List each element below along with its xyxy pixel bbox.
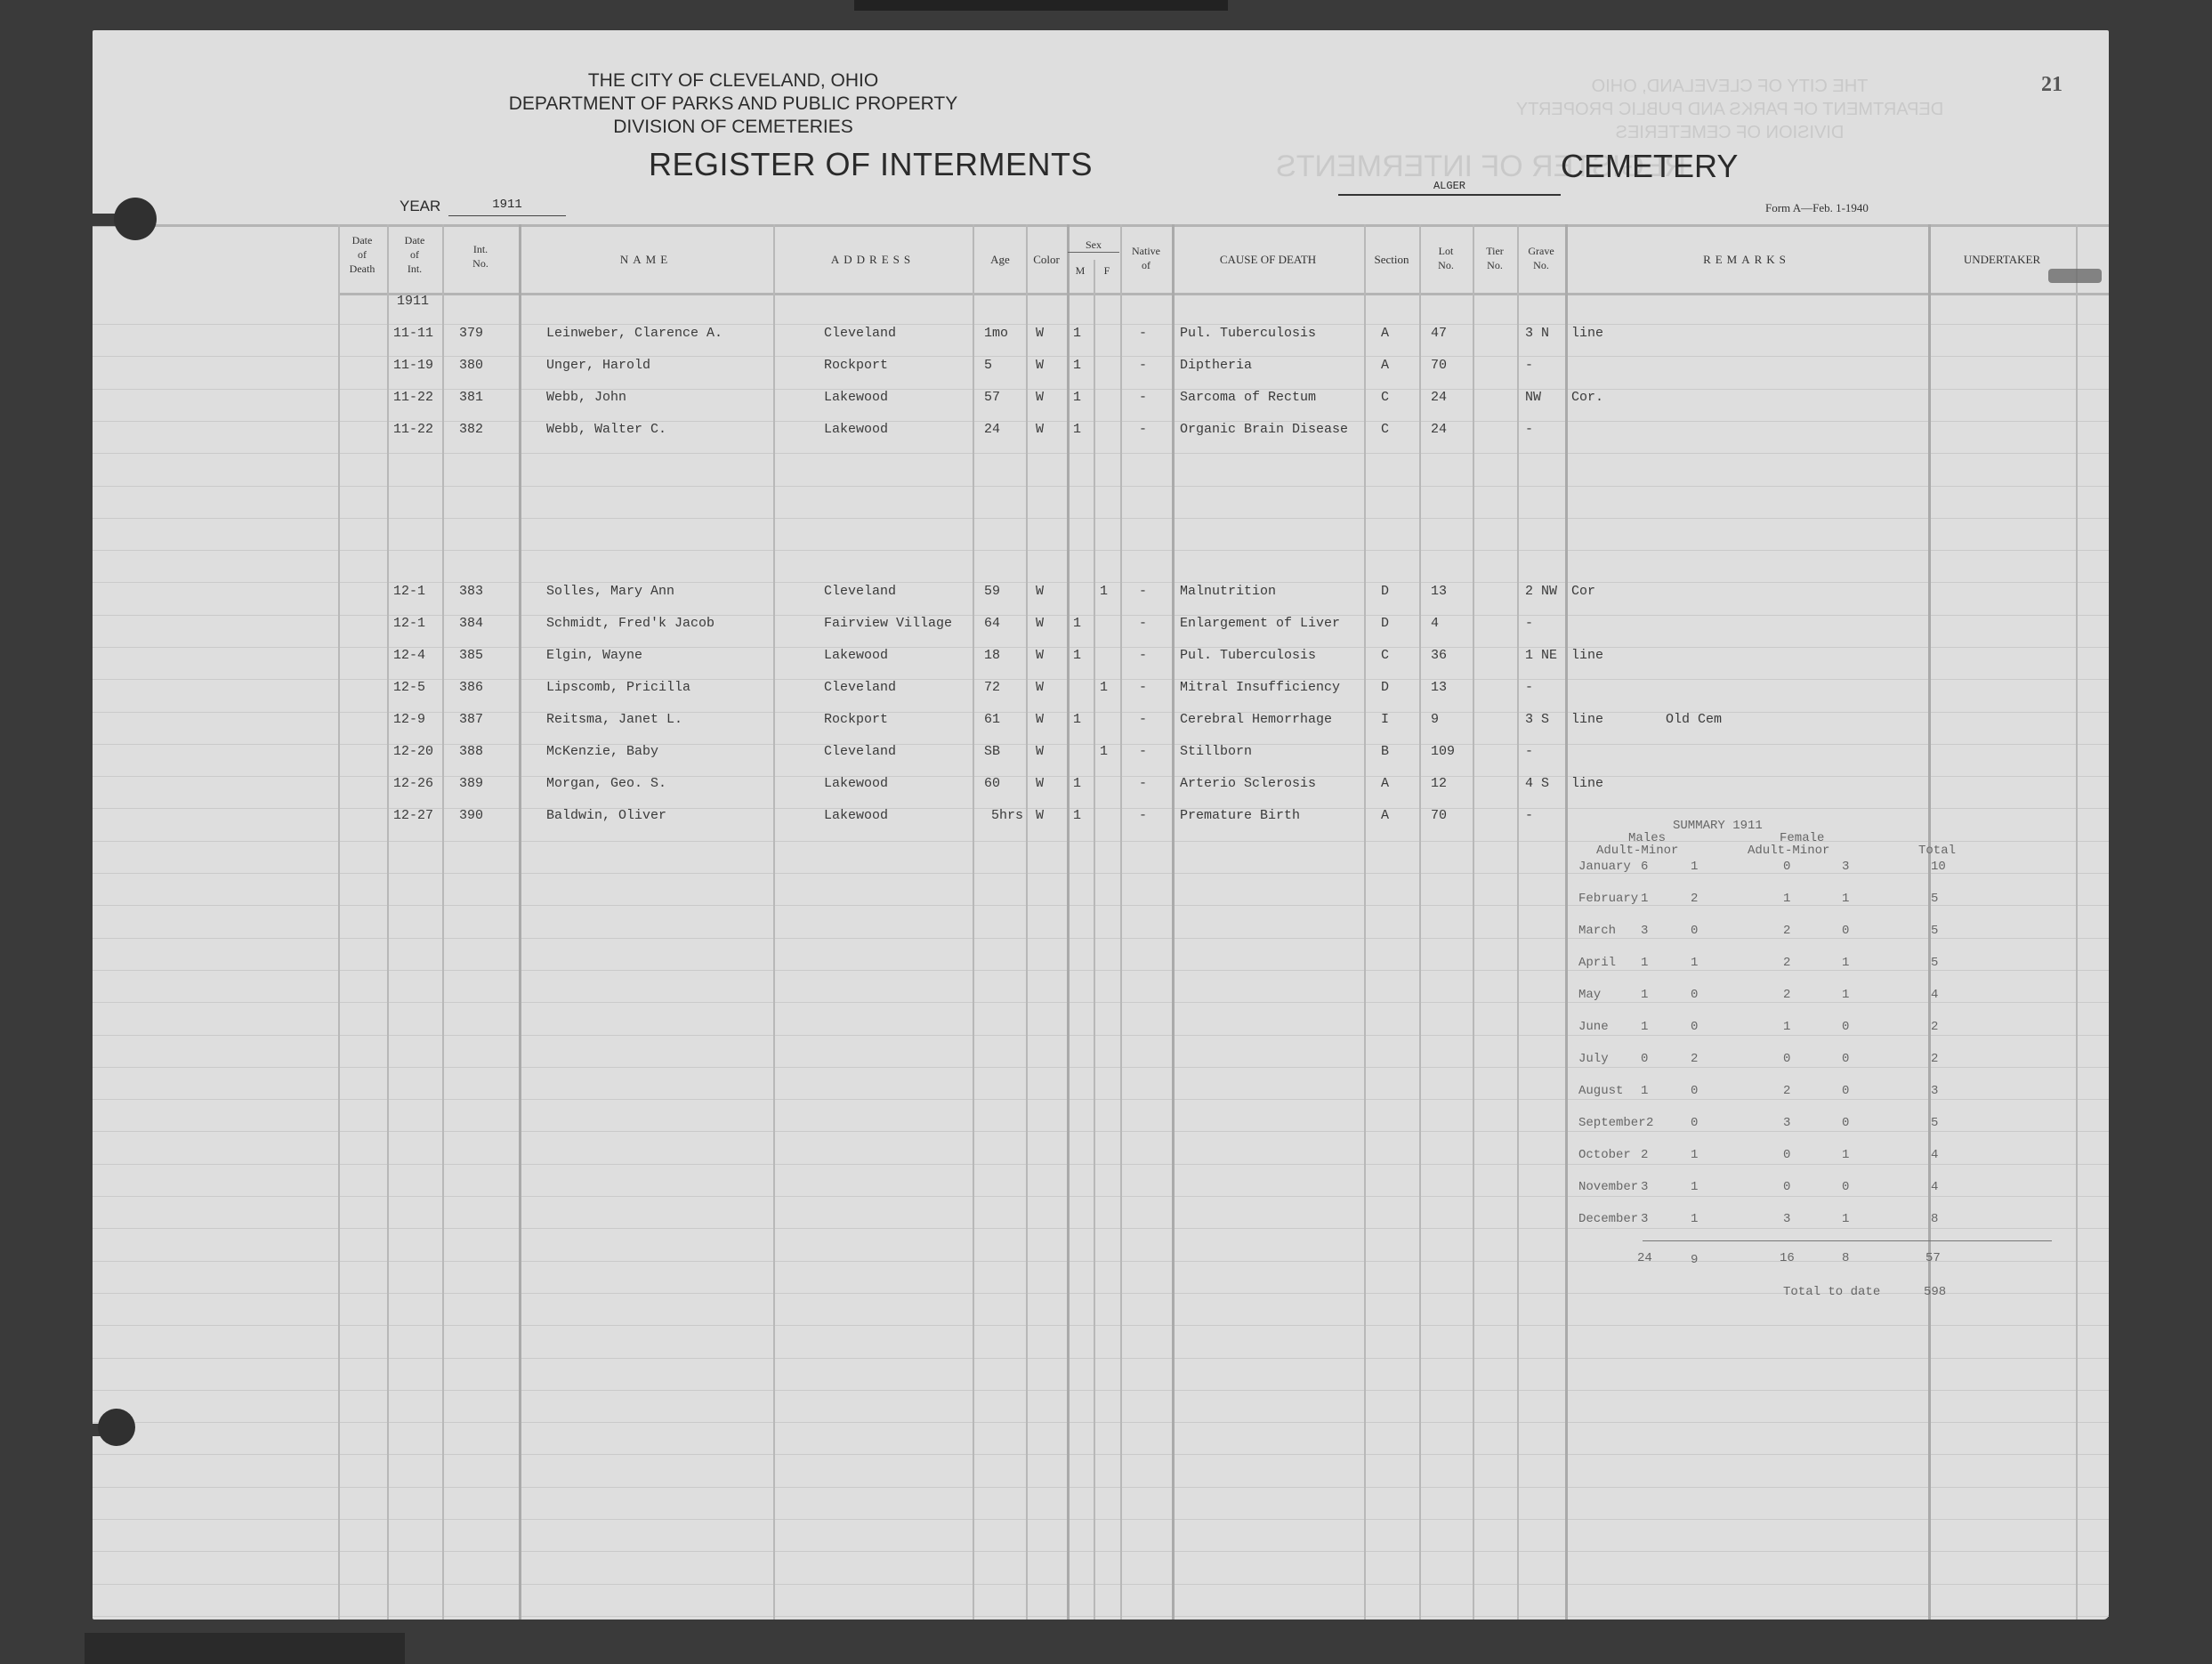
summary-female-minor: 0 <box>1842 1116 1849 1130</box>
ruled-line <box>93 1131 2109 1132</box>
cell-int-no: 379 <box>459 326 483 341</box>
summary-male-minor: 0 <box>1691 988 1698 1002</box>
ruled-line <box>93 518 2109 519</box>
cell-grave-no: 3 N <box>1525 326 1549 341</box>
ruled-line <box>93 1519 2109 1520</box>
ruled-line <box>93 486 2109 487</box>
column-line <box>1172 224 1175 1620</box>
cell-date-of-int: 12-20 <box>393 744 433 759</box>
summary-month: September <box>1578 1116 1646 1130</box>
summary-male-minor: 1 <box>1691 860 1698 874</box>
ruled-line <box>93 938 2109 939</box>
cell-sex-f: 1 <box>1100 744 1108 759</box>
cell-address: Cleveland <box>824 680 896 695</box>
ruled-line <box>93 1035 2109 1036</box>
cell-date-of-int: 12-1 <box>393 616 425 631</box>
cell-section: C <box>1381 390 1389 405</box>
summary-total: 4 <box>1931 1180 1938 1194</box>
ruled-line <box>93 1454 2109 1455</box>
header-city: THE CITY OF CLEVELAND, OHIO <box>386 69 1080 93</box>
cell-section: C <box>1381 422 1389 437</box>
cell-lot-no: 13 <box>1431 680 1447 695</box>
cell-address: Lakewood <box>824 776 888 791</box>
header-division: DIVISION OF CEMETERIES <box>386 116 1080 139</box>
year-field: 1911 <box>448 198 566 216</box>
summary-total: 4 <box>1931 1148 1938 1162</box>
cell-lot-no: 109 <box>1431 744 1455 759</box>
register-page: THE CITY OF CLEVELAND, OHIO DEPARTMENT O… <box>93 30 2109 1620</box>
summary-female-minor: 0 <box>1842 1180 1849 1194</box>
summary-male-adult: 2 <box>1641 1148 1648 1162</box>
column-line <box>519 224 521 1620</box>
summary-female-minor: 3 <box>1842 860 1849 874</box>
cell-native-of: - <box>1139 422 1147 437</box>
table-top-rule <box>93 224 2109 227</box>
column-line <box>2076 224 2078 1620</box>
column-line <box>773 224 775 1620</box>
cell-int-no: 381 <box>459 390 483 405</box>
summary-male-minor: 0 <box>1691 1116 1698 1130</box>
cell-section: D <box>1381 680 1389 695</box>
cell-age: SB <box>984 744 1000 759</box>
cell-age: 60 <box>984 776 1000 791</box>
scanner-edge-top <box>854 0 1228 11</box>
cell-date-of-int: 12-4 <box>393 648 425 663</box>
cell-color: W <box>1036 584 1044 599</box>
summary-month: February <box>1578 892 1638 906</box>
cell-remarks: Cor <box>1571 584 1595 599</box>
cell-name: Solles, Mary Ann <box>546 584 674 599</box>
ruled-line <box>93 550 2109 551</box>
cell-color: W <box>1036 712 1044 727</box>
summary-grand-total: 57 <box>1925 1251 1941 1265</box>
cell-native-of: - <box>1139 326 1147 341</box>
cell-native-of: - <box>1139 616 1147 631</box>
cell-name: Morgan, Geo. S. <box>546 776 666 791</box>
cell-sex-m: 1 <box>1073 422 1081 437</box>
summary-male-minor: 1 <box>1691 1212 1698 1226</box>
summary-title: SUMMARY 1911 <box>1673 819 1763 833</box>
cell-cause: Arterio Sclerosis <box>1180 776 1316 791</box>
cell-date-of-int: 11-11 <box>393 326 433 341</box>
summary-month: August <box>1578 1084 1623 1098</box>
col-address: ADDRESS <box>774 253 972 267</box>
summary-female-adult: 2 <box>1783 1084 1790 1098</box>
cell-cause: Organic Brain Disease <box>1180 422 1348 437</box>
ruled-line <box>93 1325 2109 1326</box>
cell-grave-no: NW <box>1525 390 1541 405</box>
cell-sex-m: 1 <box>1073 808 1081 823</box>
cell-grave-no: - <box>1525 808 1533 823</box>
summary-female-minor: 1 <box>1842 1148 1849 1162</box>
summary-male-minor: 1 <box>1691 1180 1698 1194</box>
cell-sex-m: 1 <box>1073 712 1081 727</box>
cell-grave-no: 2 NW <box>1525 584 1557 599</box>
cell-color: W <box>1036 390 1044 405</box>
summary-male-adult: 1 <box>1641 892 1648 906</box>
summary-sum-female-minor: 8 <box>1842 1251 1849 1265</box>
cell-section: A <box>1381 808 1389 823</box>
col-section: Section <box>1365 253 1418 267</box>
summary-male-minor: 0 <box>1691 924 1698 938</box>
col-date-of-int: DateofInt. <box>388 233 441 276</box>
cell-color: W <box>1036 744 1044 759</box>
page-title: REGISTER OF INTERMENTS <box>649 146 1093 183</box>
cell-date-of-int: 11-19 <box>393 358 433 373</box>
cell-native-of: - <box>1139 680 1147 695</box>
ink-smudge <box>2048 269 2102 283</box>
cell-color: W <box>1036 648 1044 663</box>
summary-total: 5 <box>1931 924 1938 938</box>
cell-name: Leinweber, Clarence A. <box>546 326 723 341</box>
cell-cause: Stillborn <box>1180 744 1252 759</box>
cell-color: W <box>1036 422 1044 437</box>
col-color: Color <box>1027 253 1066 267</box>
column-line <box>338 224 340 1620</box>
col-sex: Sex <box>1068 238 1119 253</box>
summary-month: December <box>1578 1212 1638 1226</box>
cell-grave-no: - <box>1525 744 1533 759</box>
summary-male-adult: 1 <box>1641 1084 1648 1098</box>
cell-color: W <box>1036 808 1044 823</box>
cell-native-of: - <box>1139 390 1147 405</box>
summary-adult-minor-label: Adult-Minor <box>1596 844 1678 858</box>
ruled-line <box>93 1422 2109 1423</box>
ruled-line <box>93 324 2109 325</box>
cell-int-no: 390 <box>459 808 483 823</box>
column-line <box>1419 224 1421 1620</box>
ruled-line <box>93 905 2109 906</box>
col-remarks: REMARKS <box>1566 253 1927 267</box>
column-line <box>1565 224 1568 1620</box>
summary-male-minor: 0 <box>1691 1084 1698 1098</box>
summary-total: 5 <box>1931 1116 1938 1130</box>
cell-section: A <box>1381 358 1389 373</box>
cell-address: Rockport <box>824 712 888 727</box>
cell-name: McKenzie, Baby <box>546 744 658 759</box>
summary-month: June <box>1578 1020 1609 1034</box>
summary-female-adult: 2 <box>1783 924 1790 938</box>
cell-section: D <box>1381 616 1389 631</box>
header-department: DEPARTMENT OF PARKS AND PUBLIC PROPERTY <box>386 93 1080 116</box>
summary-male-adult: 6 <box>1641 860 1648 874</box>
ruled-line <box>93 1067 2109 1068</box>
col-cause-of-death: CAUSE OF DEATH <box>1173 253 1363 267</box>
cell-grave-no: - <box>1525 422 1533 437</box>
summary-month: October <box>1578 1148 1631 1162</box>
summary-male-adult: 3 <box>1641 924 1648 938</box>
summary-male-minor: 2 <box>1691 1052 1698 1066</box>
summary-female-minor: 1 <box>1842 956 1849 970</box>
cell-date-of-int: 12-27 <box>393 808 433 823</box>
col-sex-f: F <box>1094 263 1119 278</box>
cell-native-of: - <box>1139 358 1147 373</box>
cell-int-no: 380 <box>459 358 483 373</box>
cell-sex-m: 1 <box>1073 776 1081 791</box>
summary-male-adult: 1 <box>1641 988 1648 1002</box>
col-date-of-death: DateofDeath <box>338 233 386 276</box>
cell-age: 57 <box>984 390 1000 405</box>
summary-female-minor: 0 <box>1842 1084 1849 1098</box>
cell-grave-no: - <box>1525 680 1533 695</box>
cell-name: Webb, Walter C. <box>546 422 666 437</box>
ruled-line <box>93 1099 2109 1100</box>
cell-cause: Premature Birth <box>1180 808 1300 823</box>
cell-native-of: - <box>1139 584 1147 599</box>
column-line <box>1473 224 1474 1620</box>
ruled-line <box>93 1002 2109 1003</box>
cell-cause: Cerebral Hemorrhage <box>1180 712 1332 727</box>
cell-int-no: 386 <box>459 680 483 695</box>
summary-male-adult: 3 <box>1641 1180 1648 1194</box>
column-line <box>1928 224 1931 1620</box>
ruled-line <box>93 453 2109 454</box>
column-line <box>387 224 389 1620</box>
summary-female-minor: 0 <box>1842 1020 1849 1034</box>
summary-female-adult: 0 <box>1783 860 1790 874</box>
cell-section: A <box>1381 326 1389 341</box>
cell-lot-no: 70 <box>1431 358 1447 373</box>
cell-native-of: - <box>1139 776 1147 791</box>
ruled-line <box>93 356 2109 357</box>
cell-cause: Mitral Insufficiency <box>1180 680 1340 695</box>
summary-female-adult: 1 <box>1783 1020 1790 1034</box>
header-block: THE CITY OF CLEVELAND, OHIO DEPARTMENT O… <box>386 69 1080 139</box>
cell-name: Webb, John <box>546 390 626 405</box>
ruled-line <box>93 970 2109 971</box>
cell-int-no: 382 <box>459 422 483 437</box>
summary-total-label: Total <box>1918 844 1956 858</box>
cell-sex-m: 1 <box>1073 326 1081 341</box>
summary-male-adult: 3 <box>1641 1212 1648 1226</box>
ruled-line <box>93 1487 2109 1488</box>
cell-address: Cleveland <box>824 326 896 341</box>
bleed-through-text: THE CITY OF CLEVELAND, OHIO DEPARTMENT O… <box>1481 75 1979 144</box>
summary-total: 10 <box>1931 860 1946 874</box>
cell-name: Elgin, Wayne <box>546 648 642 663</box>
cell-native-of: - <box>1139 648 1147 663</box>
cemetery-label: CEMETERY <box>1561 148 1738 185</box>
summary-male-adult: 2 <box>1646 1116 1653 1130</box>
cell-lot-no: 4 <box>1431 616 1439 631</box>
cell-sex-f: 1 <box>1100 584 1108 599</box>
cell-int-no: 388 <box>459 744 483 759</box>
cell-cause: Pul. Tuberculosis <box>1180 648 1316 663</box>
cell-lot-no: 47 <box>1431 326 1447 341</box>
cell-lot-no: 24 <box>1431 390 1447 405</box>
cell-sex-f: 1 <box>1100 680 1108 695</box>
column-line <box>1517 224 1519 1620</box>
cell-address: Lakewood <box>824 422 888 437</box>
column-line <box>442 224 444 1620</box>
summary-female-adult: 2 <box>1783 988 1790 1002</box>
cell-native-of: - <box>1139 712 1147 727</box>
summary-total: 3 <box>1931 1084 1938 1098</box>
summary-female-minor: 1 <box>1842 1212 1849 1226</box>
cell-sex-m: 1 <box>1073 616 1081 631</box>
cell-age: 5hrs <box>991 808 1023 823</box>
summary-male-minor: 0 <box>1691 1020 1698 1034</box>
summary-sum-male-minor: 9 <box>1691 1253 1698 1267</box>
cell-color: W <box>1036 776 1044 791</box>
col-name: NAME <box>520 253 772 267</box>
cell-age: 1mo <box>984 326 1008 341</box>
cell-lot-no: 12 <box>1431 776 1447 791</box>
summary-male-adult: 1 <box>1641 1020 1648 1034</box>
ruled-line <box>93 1358 2109 1359</box>
summary-female-adult: 0 <box>1783 1180 1790 1194</box>
column-line <box>1026 224 1028 1620</box>
summary-month: April <box>1578 956 1616 970</box>
cell-lot-no: 13 <box>1431 584 1447 599</box>
column-line <box>1120 224 1122 1620</box>
col-grave-no: GraveNo. <box>1518 244 1564 272</box>
summary-sum-male-adult: 24 <box>1637 1251 1652 1265</box>
cell-section: I <box>1381 712 1389 727</box>
cell-section: B <box>1381 744 1389 759</box>
cell-cause: Sarcoma of Rectum <box>1180 390 1316 405</box>
cell-int-no: 387 <box>459 712 483 727</box>
year-row-value: 1911 <box>397 294 429 309</box>
summary-total: 8 <box>1931 1212 1938 1226</box>
column-line <box>1094 260 1095 1620</box>
binder-hole-top <box>114 198 157 240</box>
summary-total: 2 <box>1931 1052 1938 1066</box>
cell-age: 64 <box>984 616 1000 631</box>
cell-native-of: - <box>1139 744 1147 759</box>
col-int-no: Int.No. <box>443 242 518 271</box>
cell-address: Cleveland <box>824 584 896 599</box>
ruled-line <box>93 873 2109 874</box>
col-undertaker: UNDERTAKER <box>1929 253 2075 267</box>
cell-name: Lipscomb, Pricilla <box>546 680 690 695</box>
ruled-line <box>93 1551 2109 1552</box>
cell-color: W <box>1036 680 1044 695</box>
summary-month: January <box>1578 860 1631 874</box>
summary-total-to-date-label: Total to date <box>1783 1285 1880 1299</box>
cell-remarks-extra: Old Cem <box>1666 712 1722 727</box>
summary-male-adult: 1 <box>1641 956 1648 970</box>
cell-age: 61 <box>984 712 1000 727</box>
cell-age: 18 <box>984 648 1000 663</box>
summary-female-adult: 3 <box>1783 1116 1790 1130</box>
cell-lot-no: 24 <box>1431 422 1447 437</box>
cell-remarks: line <box>1571 776 1603 791</box>
cell-date-of-int: 11-22 <box>393 422 433 437</box>
cell-sex-m: 1 <box>1073 358 1081 373</box>
summary-female-adult: 0 <box>1783 1148 1790 1162</box>
cell-grave-no: - <box>1525 616 1533 631</box>
cell-remarks: Cor. <box>1571 390 1603 405</box>
cell-name: Schmidt, Fred'k Jacob <box>546 616 714 631</box>
cell-date-of-int: 12-9 <box>393 712 425 727</box>
cell-color: W <box>1036 358 1044 373</box>
cell-age: 59 <box>984 584 1000 599</box>
summary-female-minor: 1 <box>1842 988 1849 1002</box>
cell-remarks: line <box>1571 326 1603 341</box>
summary-male-minor: 1 <box>1691 956 1698 970</box>
cell-remarks: line <box>1571 648 1603 663</box>
cell-date-of-int: 12-1 <box>393 584 425 599</box>
cell-date-of-int: 11-22 <box>393 390 433 405</box>
cell-grave-no: 3 S <box>1525 712 1549 727</box>
cell-address: Rockport <box>824 358 888 373</box>
cell-lot-no: 70 <box>1431 808 1447 823</box>
cell-sex-m: 1 <box>1073 390 1081 405</box>
cell-address: Lakewood <box>824 808 888 823</box>
summary-total-to-date: 598 <box>1924 1285 1946 1299</box>
cell-section: D <box>1381 584 1389 599</box>
ruled-line <box>93 1616 2109 1617</box>
cell-int-no: 389 <box>459 776 483 791</box>
binder-hole-bottom <box>98 1409 135 1446</box>
cell-int-no: 384 <box>459 616 483 631</box>
summary-male-adult: 0 <box>1641 1052 1648 1066</box>
cell-native-of: - <box>1139 808 1147 823</box>
summary-female-adult: 3 <box>1783 1212 1790 1226</box>
summary-adult-minor-label: Adult-Minor <box>1748 844 1829 858</box>
cell-address: Fairview Village <box>824 616 952 631</box>
column-line <box>973 224 974 1620</box>
col-sex-m: M <box>1068 263 1093 278</box>
cell-color: W <box>1036 616 1044 631</box>
cell-address: Cleveland <box>824 744 896 759</box>
cell-cause: Malnutrition <box>1180 584 1276 599</box>
table-header-rule <box>338 293 2109 295</box>
cell-int-no: 383 <box>459 584 483 599</box>
ruled-line <box>93 1584 2109 1585</box>
cell-section: C <box>1381 648 1389 663</box>
summary-female-minor: 0 <box>1842 1052 1849 1066</box>
summary-total: 5 <box>1931 892 1938 906</box>
summary-month: May <box>1578 988 1601 1002</box>
cell-age: 5 <box>984 358 992 373</box>
cell-section: A <box>1381 776 1389 791</box>
cell-lot-no: 36 <box>1431 648 1447 663</box>
cell-sex-m: 1 <box>1073 648 1081 663</box>
cell-lot-no: 9 <box>1431 712 1439 727</box>
column-line <box>1067 224 1070 1620</box>
cell-name: Unger, Harold <box>546 358 650 373</box>
cell-cause: Enlargement of Liver <box>1180 616 1340 631</box>
summary-total: 4 <box>1931 988 1938 1002</box>
ruled-line <box>93 582 2109 583</box>
col-age: Age <box>973 253 1027 267</box>
scanner-edge-bottom <box>85 1633 405 1664</box>
summary-female-adult: 2 <box>1783 956 1790 970</box>
ruled-line <box>93 1196 2109 1197</box>
col-tier-no: TierNo. <box>1473 244 1516 272</box>
page-number: 21 <box>2041 73 2063 97</box>
cemetery-name-field: ALGER <box>1338 174 1561 196</box>
cell-int-no: 385 <box>459 648 483 663</box>
ruled-line <box>93 1390 2109 1391</box>
summary-male-minor: 2 <box>1691 892 1698 906</box>
col-native-of: Nativeof <box>1121 244 1171 272</box>
summary-female-minor: 0 <box>1842 924 1849 938</box>
summary-underline <box>1643 1240 2052 1241</box>
summary-total: 2 <box>1931 1020 1938 1034</box>
cell-cause: Pul. Tuberculosis <box>1180 326 1316 341</box>
column-line <box>1364 224 1366 1620</box>
col-lot-no: LotNo. <box>1420 244 1472 272</box>
cell-grave-no: - <box>1525 358 1533 373</box>
summary-female-minor: 1 <box>1842 892 1849 906</box>
form-reference: Form A—Feb. 1-1940 <box>1765 201 1869 215</box>
summary-female-adult: 1 <box>1783 892 1790 906</box>
year-label: YEAR <box>400 198 440 215</box>
summary-sum-female-adult: 16 <box>1780 1251 1795 1265</box>
